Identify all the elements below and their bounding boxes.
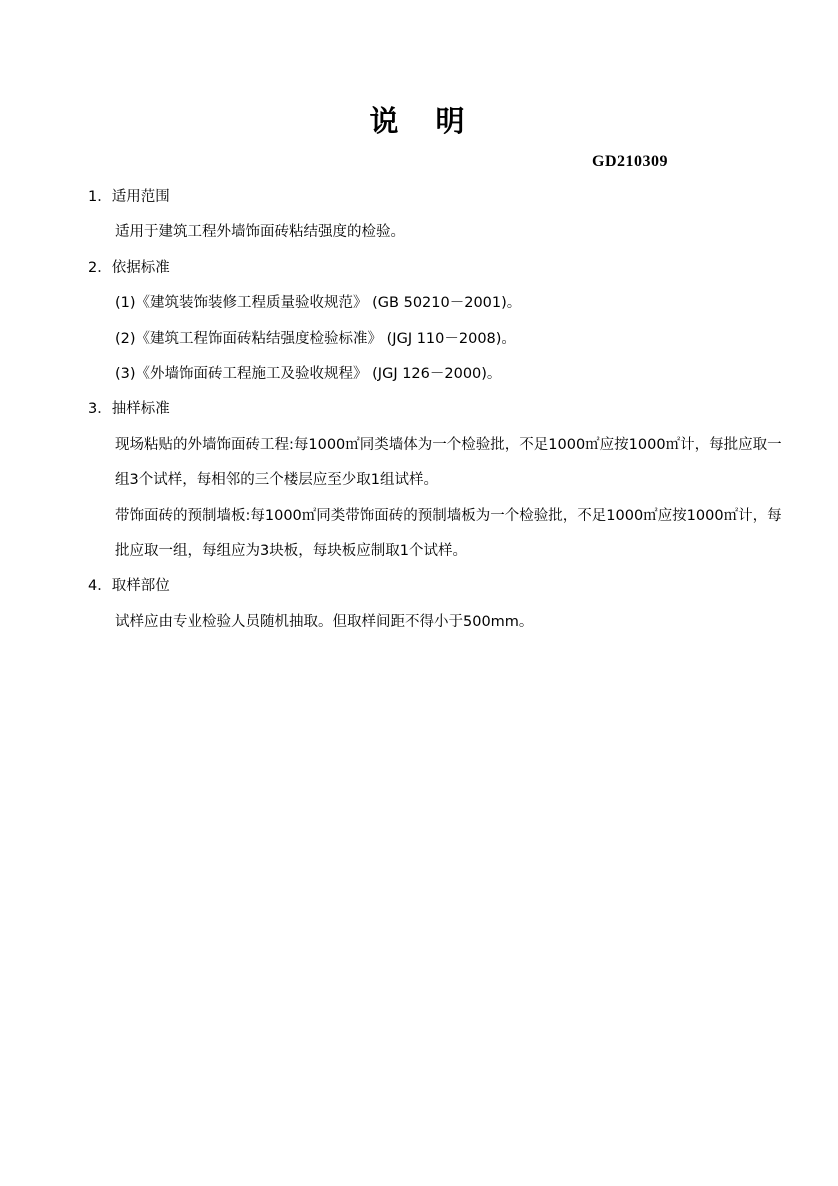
document-page: 说 明 GD210309 1．适用范围 适用于建筑工程外墙饰面砖粘结强度的检验。… bbox=[0, 0, 838, 1186]
section-1-heading: 1．适用范围 bbox=[0, 180, 838, 215]
section-3-line-1: 现场粘贴的外墙饰面砖工程:每1000㎡同类墙体为一个检验批，不足1000㎡应按1… bbox=[0, 428, 838, 463]
section-1-line-1: 适用于建筑工程外墙饰面砖粘结强度的检验。 bbox=[0, 215, 838, 250]
document-code: GD210309 bbox=[592, 153, 668, 171]
section-2-line-1: (1)《建筑装饰装修工程质量验收规范》 (GB 50210－2001)。 bbox=[0, 286, 838, 321]
section-3-line-3: 带饰面砖的预制墙板:每1000㎡同类带饰面砖的预制墙板为一个检验批，不足1000… bbox=[0, 499, 838, 534]
section-3-heading: 3．抽样标准 bbox=[0, 392, 838, 427]
section-2-heading: 2．依据标准 bbox=[0, 251, 838, 286]
section-2-line-3: (3)《外墙饰面砖工程施工及验收规程》 (JGJ 126－2000)。 bbox=[0, 357, 838, 392]
section-4-line-1: 试样应由专业检验人员随机抽取。但取样间距不得小于500mm。 bbox=[0, 605, 838, 640]
document-body: 1．适用范围 适用于建筑工程外墙饰面砖粘结强度的检验。 2．依据标准 (1)《建… bbox=[0, 180, 838, 640]
page-title: 说 明 bbox=[0, 104, 838, 139]
section-4-heading: 4．取样部位 bbox=[0, 569, 838, 604]
section-2-line-2: (2)《建筑工程饰面砖粘结强度检验标准》 (JGJ 110－2008)。 bbox=[0, 322, 838, 357]
section-3-line-2: 组3个试样，每相邻的三个楼层应至少取1组试样。 bbox=[0, 463, 838, 498]
section-3-line-4: 批应取一组，每组应为3块板，每块板应制取1个试样。 bbox=[0, 534, 838, 569]
